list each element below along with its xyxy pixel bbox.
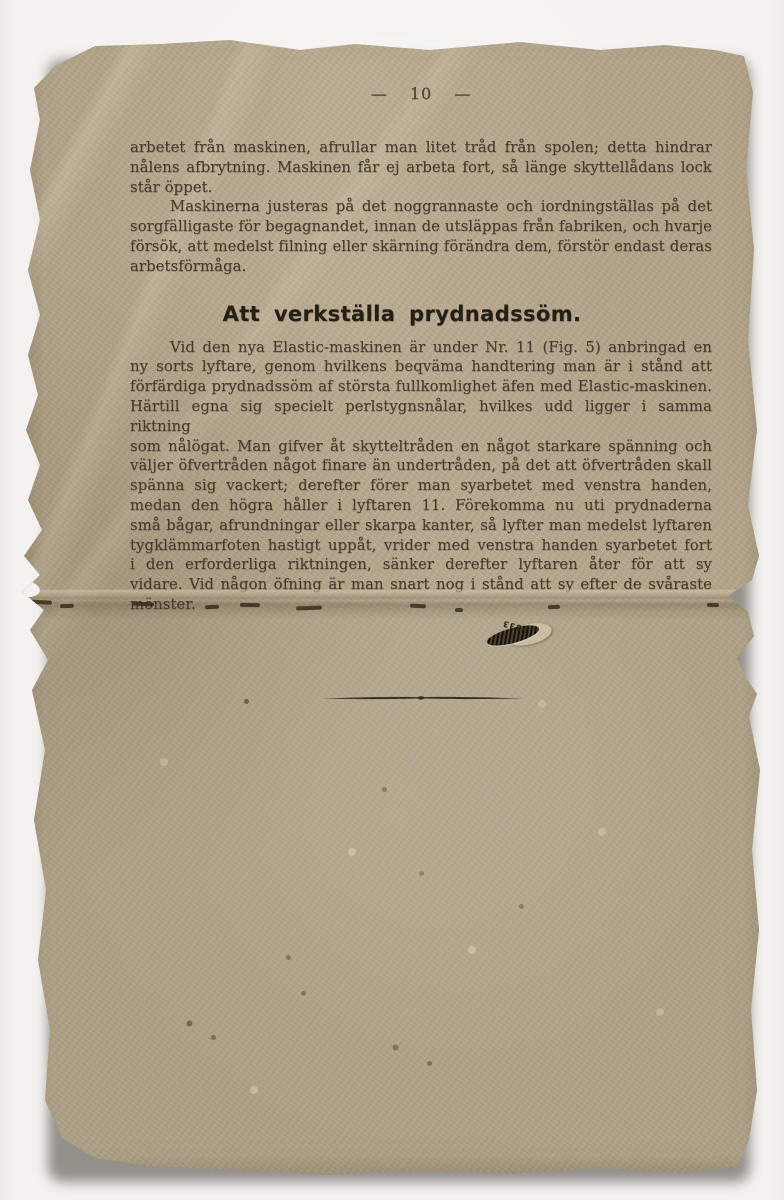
text-line: arbetet från maskinen, afrullar man lite…: [130, 138, 712, 158]
text-line: arbetsförmåga.: [130, 257, 712, 277]
fold-edge-highlight: [28, 590, 746, 599]
text-line: Vid den nya Elastic-maskinen är under Nr…: [130, 338, 712, 358]
paper-specks: [0, 0, 3, 3]
section-heading: Att verkställa prydnadssöm.: [130, 299, 674, 329]
text-line: spänna sig vackert; derefter förer man s…: [130, 476, 712, 496]
fold-crease: [0, 580, 784, 628]
crease-crack: [410, 604, 426, 609]
text-line: ny sorts lyftare, genom hvilkens beqväma…: [130, 357, 712, 377]
crease-crack: [548, 605, 560, 609]
text-line: medan den högra håller i lyftaren 11. Fö…: [130, 496, 712, 516]
text-line: står öppet.: [130, 178, 712, 198]
text-line: Maskinerna justeras på det noggrannaste …: [130, 197, 712, 217]
paper-dents: [0, 0, 4, 4]
page-number: — 10 —: [130, 84, 712, 103]
paragraph: arbetet från maskinen, afrullar man lite…: [130, 138, 712, 197]
text-line: tygklämmarfoten hastigt uppåt, vrider me…: [130, 536, 712, 556]
section-divider-rule: [322, 687, 524, 695]
text-line: väljer öfvertråden något finare än under…: [130, 456, 712, 476]
text-line: små bågar, afrundningar eller skarpa kan…: [130, 516, 712, 536]
paragraph: Maskinerna justeras på det noggrannaste …: [130, 197, 712, 276]
crease-crack: [240, 603, 260, 607]
crease-crack: [455, 608, 463, 612]
text-line: sorgfälligaste för begagnandet, innan de…: [130, 217, 712, 237]
body-text: arbetet från maskinen, afrullar man lite…: [130, 138, 712, 615]
text-line: som nålögat. Man gifver åt skytteltråden…: [130, 437, 712, 457]
crease-crack: [205, 605, 219, 610]
text-line: nålens afbrytning. Maskinen får ej arbet…: [130, 158, 712, 178]
text-line: Härtill egna sig specielt perlstygnsnåla…: [130, 397, 712, 437]
text-line: i den erforderliga riktningen, sänker de…: [130, 555, 712, 575]
text-line: förfärdiga prydnadssöm af största fullko…: [130, 377, 712, 397]
paper-sheet: — 10 — arbetet från maskinen, afrullar m…: [0, 0, 784, 1200]
crease-crack: [24, 599, 52, 604]
text-line: försök, att medelst filning eller skärni…: [130, 237, 712, 257]
paragraph: Vid den nya Elastic-maskinen är under Nr…: [130, 338, 712, 615]
crease-crack: [132, 602, 154, 607]
crease-crack: [707, 603, 719, 607]
crease-crack: [60, 604, 74, 608]
scan-background: — 10 — arbetet från maskinen, afrullar m…: [0, 0, 784, 1200]
